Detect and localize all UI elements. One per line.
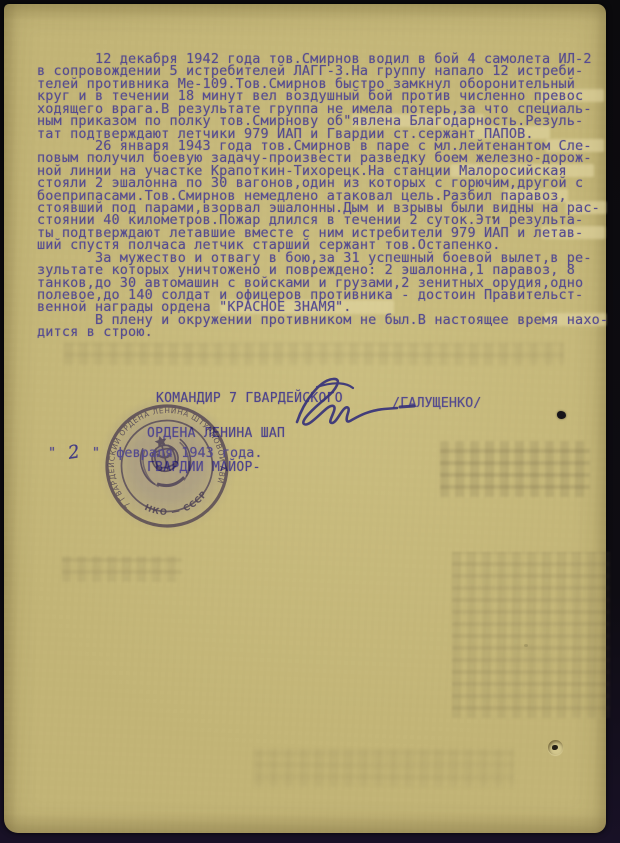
document-page: 12 декабря 1942 года тов.Смирнов водил в…: [4, 4, 606, 833]
paragraph-combat-1942: 12 декабря 1942 года тов.Смирнов водил в…: [37, 53, 612, 140]
handwritten-day: 2: [63, 441, 85, 465]
bleed-through-text: [62, 556, 182, 582]
ink-speck: [94, 156, 97, 158]
bleed-through-text: [440, 441, 590, 497]
bleed-through-text: [64, 343, 564, 365]
ink-speck: [492, 216, 495, 219]
paragraph-status: В плену и окружении противником не был.В…: [37, 314, 612, 339]
paper-hole: [548, 740, 563, 755]
document-body-text: 12 декабря 1942 года тов.Смирнов водил в…: [37, 53, 612, 339]
typed-quote: ": [84, 445, 108, 461]
date-text: февраля 1943 года.: [108, 445, 262, 461]
stamp-bottom-text: НКО — СССР: [141, 488, 213, 525]
scanned-document-photo: 12 декабря 1942 года тов.Смирнов водил в…: [0, 0, 620, 843]
ink-speck: [524, 644, 528, 647]
paragraph-recon-1943: 26 января 1943 года тов.Смирнов в паре с…: [37, 140, 612, 252]
official-round-stamp: 7 ГВАРДЕЙСКИЙ ОРДЕНА ЛЕНИНА ШТУРМОВОЙ АВ…: [92, 391, 242, 541]
typed-quote: ": [48, 445, 64, 461]
typed-text-line: дится в строю.: [37, 326, 612, 338]
paper-hole: [557, 411, 566, 419]
bleed-through-text: [254, 749, 514, 787]
handwritten-signature: [287, 375, 427, 430]
paragraph-award-merit: За мужество и отвагу в бою,за 31 успешны…: [37, 252, 612, 314]
svg-text:НКО — СССР: НКО — СССР: [141, 488, 213, 525]
date-line: " 2 " февраля 1943 года.: [48, 441, 263, 462]
bleed-through-text: [452, 552, 610, 718]
